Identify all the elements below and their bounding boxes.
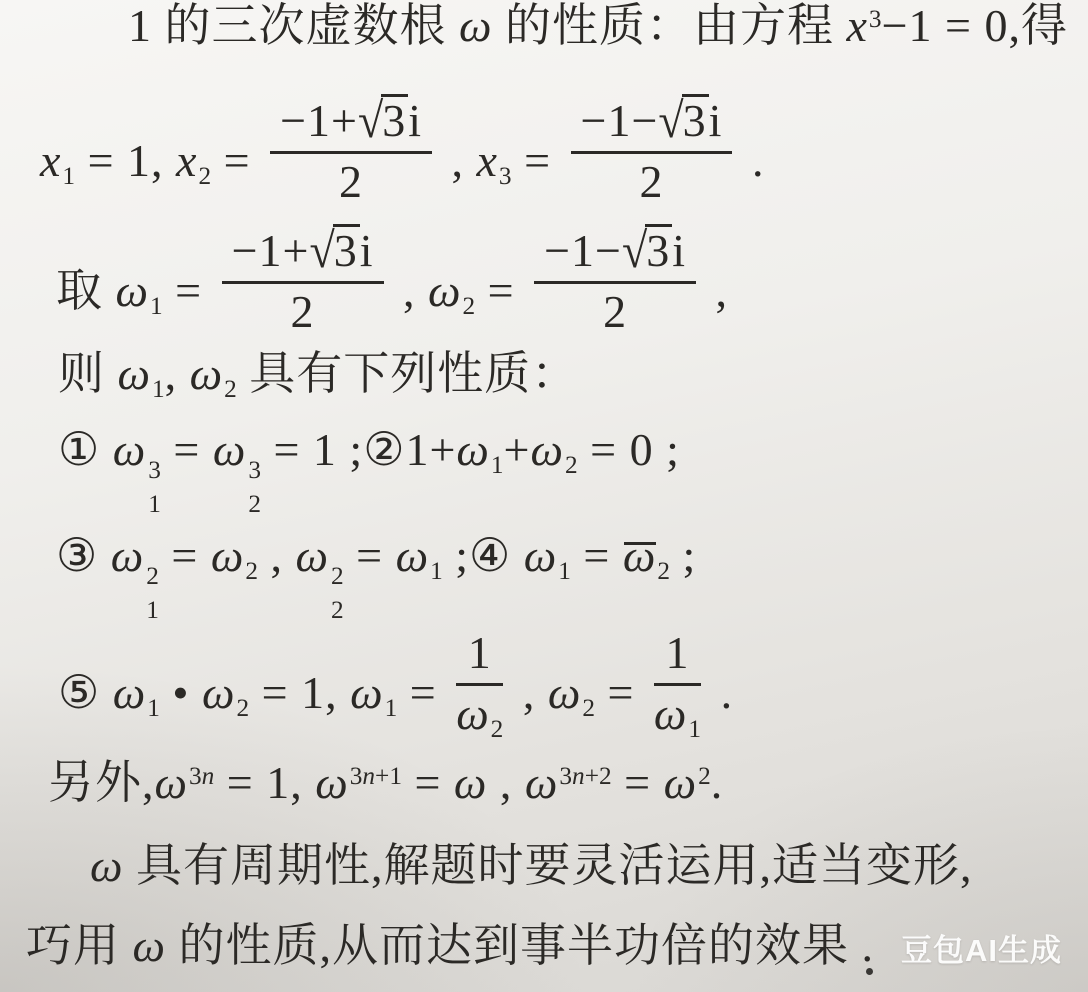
formula-line-roots: x1 = 1, x2 = −1+√3i2 , x3 = −1−√3i2 . [40,92,764,205]
variable: ω [295,530,328,581]
variable: ω [113,667,146,718]
variable: ω [202,667,235,718]
variable: ω [428,265,461,316]
formula-line-property-1-2: ① ω31 = ω32 = 1 ;②1+ω1+ω2 = 0 ; [58,424,680,516]
variable: ω [548,667,581,718]
variable: ω [118,348,151,399]
formula-line-periodicity-formula: 另外,ω3n = 1, ω3n+1 = ω , ω3n+2 = ω2. [48,757,723,810]
fraction: 1ω1 [654,628,701,742]
variable: ω [456,424,489,475]
variable: ω [116,265,149,316]
variable: ω [396,530,429,581]
formula-line-property-5: ⑤ ω1 • ω2 = 1, ω1 = 1ω2 , ω2 = 1ω1 . [58,628,733,742]
fraction: −1+√3i2 [222,222,384,335]
variable: ω [155,757,188,808]
formula-line-remark-2: 巧用 ω 的性质,从而达到事半功倍的效果 . [26,920,874,973]
variable: ω [525,757,558,808]
variable-conjugate: ω [623,530,656,583]
variable: ω [654,688,687,739]
ai-watermark: 豆包AI生成 [901,925,1062,970]
variable: ω [315,757,348,808]
variable: x [476,135,497,186]
variable: ω [530,424,563,475]
fraction: 1ω2 [456,628,503,742]
fraction: −1−√3i2 [534,222,696,335]
formula-line-intro: 1 的三次虚数根 ω 的性质：由方程 x3−1 = 0,得 [128,0,1068,53]
variable: x [846,0,867,51]
variable: ω [456,688,489,739]
square-root: √3 [658,95,708,146]
fraction: −1+√3i2 [270,92,432,205]
variable: ω [459,0,492,51]
variable: x [176,135,197,186]
variable: n [362,762,375,790]
variable: ω [190,348,223,399]
formula-line-property-3-4: ③ ω21 = ω2 , ω22 = ω1 ;④ ω1 = ω2 ; [56,530,696,622]
variable: ω [111,530,144,581]
variable: ω [133,920,166,971]
variable: ω [350,667,383,718]
formula-line-remark-1: ω 具有周期性,解题时要灵活运用,适当变形, [90,840,972,893]
square-root: √3 [358,95,408,146]
fraction: −1−√3i2 [571,92,733,205]
variable: x [40,135,61,186]
variable: n [202,762,215,790]
textbook-photo-page: 1 的三次虚数根 ω 的性质：由方程 x3−1 = 0,得x1 = 1, x2 … [0,0,1088,992]
formula-line-then-properties: 则 ω1, ω2 具有下列性质： [58,348,578,404]
variable: ω [454,757,487,808]
variable: ω [90,840,123,891]
variable: n [572,762,585,790]
variable: ω [113,424,146,475]
variable: ω [213,424,246,475]
variable: ω [664,757,697,808]
square-root: √3 [309,225,359,276]
formula-line-define-omega: 取 ω1 = −1+√3i2 , ω2 = −1−√3i2 , [56,222,728,335]
square-root: √3 [622,225,672,276]
ink-dot-artifact [866,968,873,975]
variable: ω [211,530,244,581]
variable: ω [524,530,557,581]
